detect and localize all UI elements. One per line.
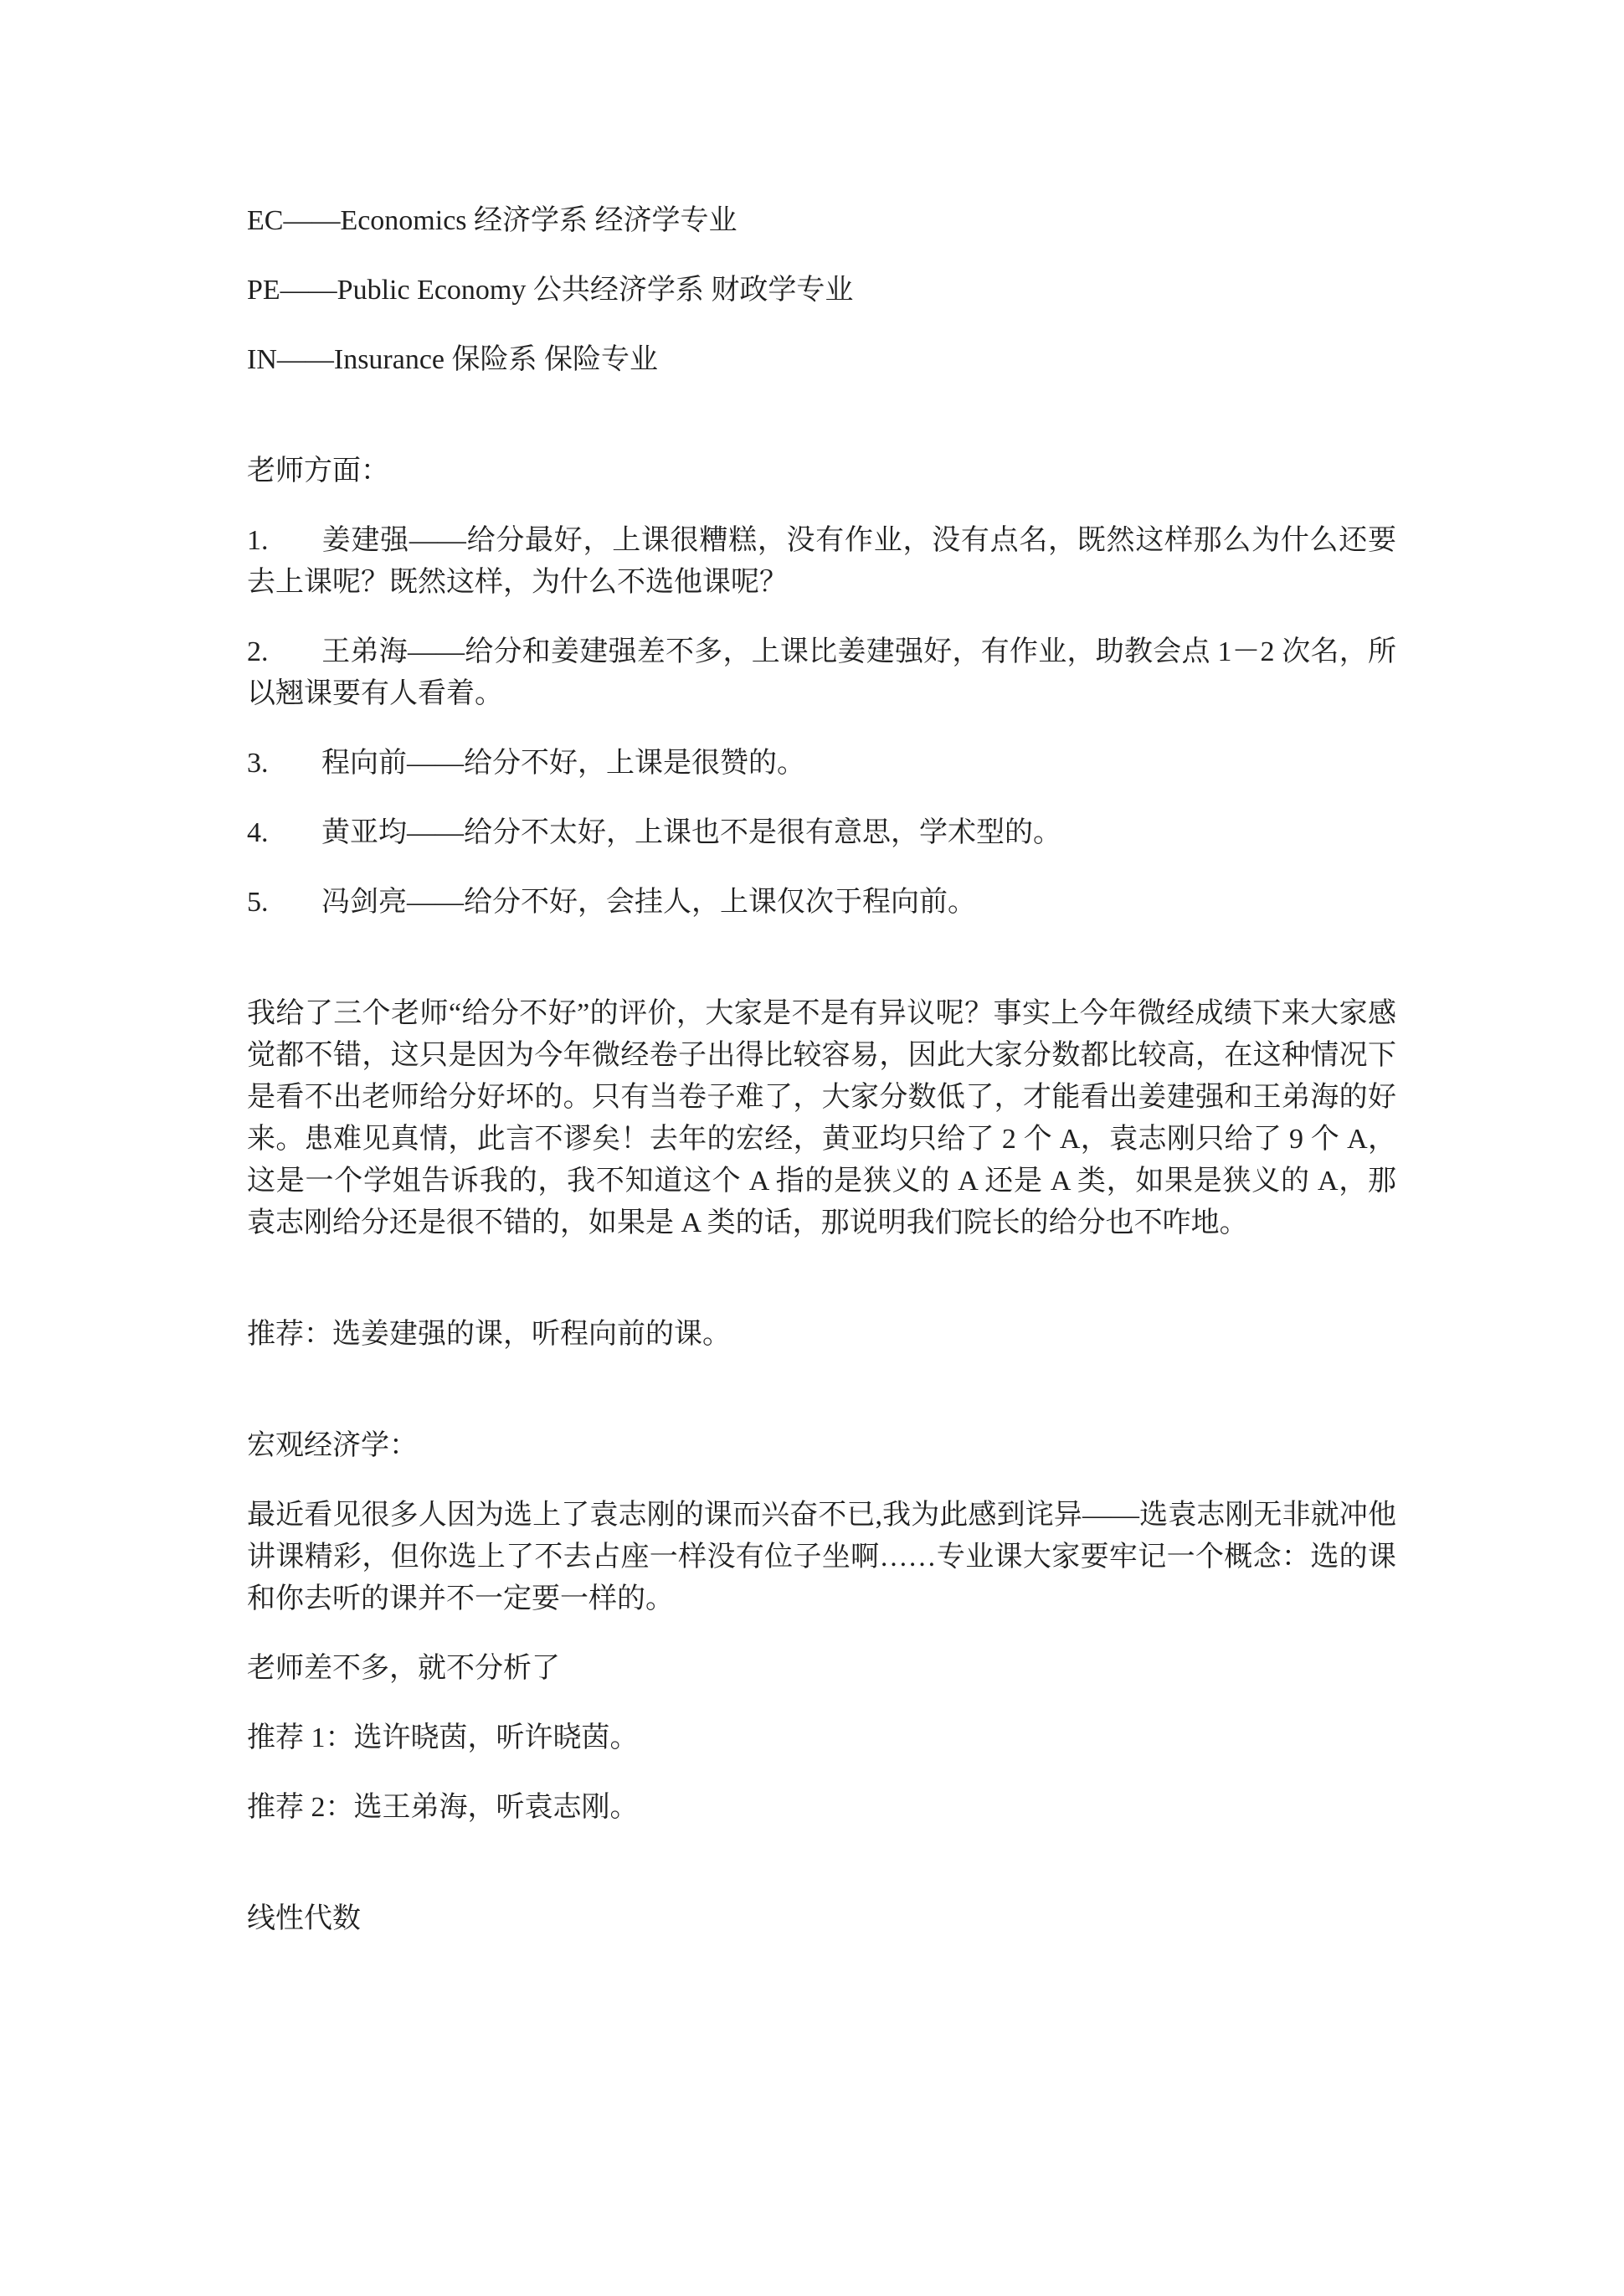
teacher-item-3: 3.程向前——给分不好，上课是很赞的。: [247, 743, 1396, 785]
macro-section-heading: 宏观经济学：: [247, 1425, 1396, 1467]
teacher-item-4-text: 黄亚均——给分不太好，上课也不是很有意思，学术型的。: [321, 817, 1061, 848]
teacher-item-5-text: 冯剑亮——给分不好，会挂人，上课仅次于程向前。: [321, 887, 976, 918]
teacher-item-1-text: 姜建强——给分最好，上课很糟糕，没有作业，没有点名，既然这样那么为什么还要去上课…: [247, 525, 1396, 598]
teacher-item-2: 2.王弟海——给分和姜建强差不多，上课比姜建强好，有作业，助教会点 1－2 次名…: [247, 631, 1396, 715]
linear-algebra-heading: 线性代数: [247, 1898, 1396, 1940]
teacher-item-1: 1.姜建强——给分最好，上课很糟糕，没有作业，没有点名，既然这样那么为什么还要去…: [247, 520, 1396, 604]
list-number-5: 5.: [247, 882, 321, 924]
macro-recommendation-1: 推荐 1：选许晓茵，听许晓茵。: [247, 1717, 1396, 1759]
teacher-item-3-text: 程向前——给分不好，上课是很赞的。: [321, 748, 805, 779]
teachers-section-heading: 老师方面：: [247, 450, 1396, 492]
list-number-4: 4.: [247, 812, 321, 854]
abbreviation-line-pe: PE——Public Economy 公共经济学系 财政学专业: [247, 270, 1396, 311]
micro-recommendation-line: 推荐：选姜建强的课，听程向前的课。: [247, 1314, 1396, 1356]
macro-note-line: 老师差不多，就不分析了: [247, 1648, 1396, 1690]
list-number-2: 2.: [247, 631, 321, 673]
teacher-item-5: 5.冯剑亮——给分不好，会挂人，上课仅次于程向前。: [247, 882, 1396, 924]
grading-analysis-paragraph: 我给了三个老师“给分不好”的评价，大家是不是有异议呢？事实上今年微经成绩下来大家…: [247, 993, 1396, 1244]
list-number-1: 1.: [247, 520, 321, 562]
macro-recommendation-2: 推荐 2：选王弟海，听袁志刚。: [247, 1787, 1396, 1829]
macro-paragraph: 最近看见很多人因为选上了袁志刚的课而兴奋不已,我为此感到诧异——选袁志刚无非就冲…: [247, 1495, 1396, 1620]
teacher-item-2-text: 王弟海——给分和姜建强差不多，上课比姜建强好，有作业，助教会点 1－2 次名，所…: [247, 636, 1396, 709]
document-page: EC——Economics 经济学系 经济学专业 PE——Public Econ…: [0, 0, 1624, 2296]
teacher-item-4: 4.黄亚均——给分不太好，上课也不是很有意思，学术型的。: [247, 812, 1396, 854]
abbreviation-line-in: IN——Insurance 保险系 保险专业: [247, 339, 1396, 381]
abbreviation-line-ec: EC——Economics 经济学系 经济学专业: [247, 200, 1396, 242]
list-number-3: 3.: [247, 743, 321, 785]
